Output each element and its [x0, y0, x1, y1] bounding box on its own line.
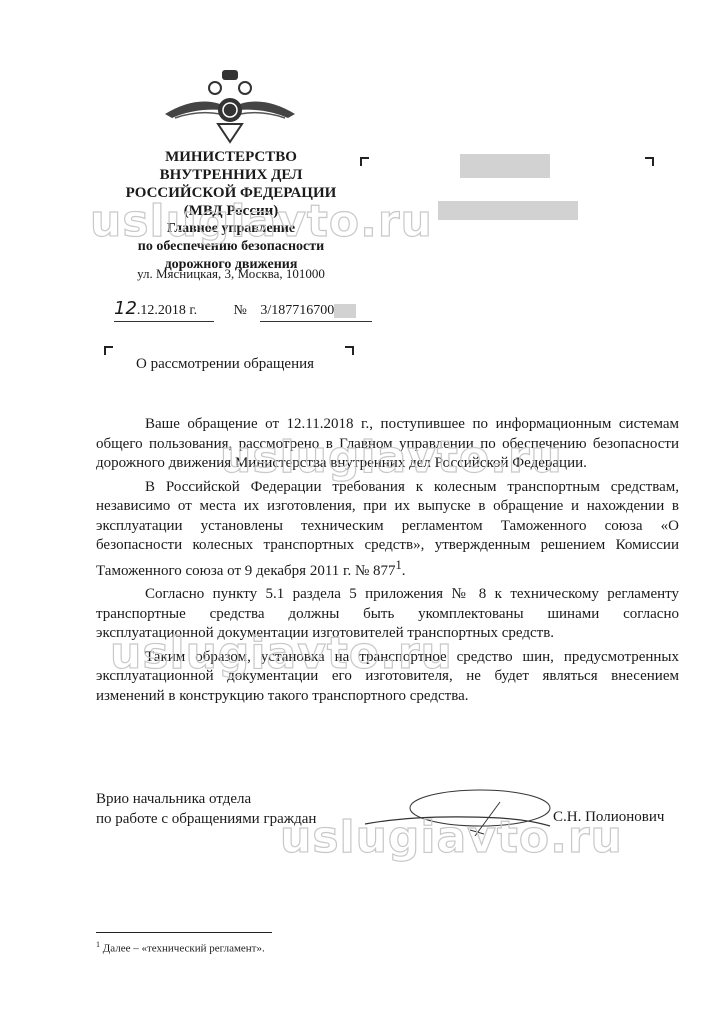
dept-line: по обеспечению безопасности	[96, 238, 366, 256]
handwritten-signature-icon	[360, 786, 560, 846]
corner-mark	[360, 157, 369, 166]
subject-line: О рассмотрении обращения	[136, 356, 314, 373]
letter-body: Ваше обращение от 12.11.2018 г., поступи…	[96, 415, 679, 710]
registration-number: 3/187716700	[260, 303, 334, 318]
corner-mark	[104, 346, 113, 355]
footnote-divider	[96, 932, 272, 933]
footnote: 1 Далее – «технический регламент».	[96, 940, 265, 955]
period: .	[402, 563, 406, 579]
signatory-name: С.Н. Полионович	[553, 809, 664, 826]
title-line: по работе с обращениями граждан	[96, 809, 316, 829]
paragraph-text: В Российской Федерации требования к коле…	[96, 479, 679, 579]
address: ул. Мясницкая, 3, Москва, 101000	[96, 266, 366, 282]
title-line: Врио начальника отдела	[96, 789, 316, 809]
corner-mark	[645, 157, 654, 166]
handwritten-day: 12	[114, 298, 137, 319]
signatory-title: Врио начальника отдела по работе с обращ…	[96, 789, 316, 829]
redacted-block	[334, 304, 356, 318]
org-line: МИНИСТЕРСТВО	[96, 148, 366, 166]
paragraph: Согласно пункту 5.1 раздела 5 приложения…	[96, 585, 679, 644]
org-line: РОССИЙСКОЙ ФЕДЕРАЦИИ	[96, 184, 366, 202]
paragraph: Ваше обращение от 12.11.2018 г., поступи…	[96, 415, 679, 474]
footnote-text: Далее – «технический регламент».	[103, 943, 265, 955]
corner-mark	[345, 346, 354, 355]
double-headed-eagle-emblem-icon	[160, 66, 300, 146]
recipient-redacted-address	[438, 201, 578, 220]
org-line: (МВД России)	[96, 202, 366, 220]
paragraph: Таким образом, установка на транспортное…	[96, 648, 679, 707]
number-sign: №	[234, 303, 247, 318]
org-line: ВНУТРЕННИХ ДЕЛ	[96, 166, 366, 184]
date-text: .12.2018 г.	[137, 303, 197, 318]
paragraph: В Российской Федерации требования к коле…	[96, 478, 679, 582]
date-field: 12.12.2018 г.	[114, 298, 214, 322]
ministry-name: МИНИСТЕРСТВО ВНУТРЕННИХ ДЕЛ РОССИЙСКОЙ Ф…	[96, 148, 366, 274]
dept-line: Главное управление	[96, 220, 366, 238]
recipient-redacted-name	[460, 154, 550, 178]
number-field: 3/187716700	[260, 303, 372, 322]
registration-line: 12.12.2018 г. № 3/187716700	[114, 298, 372, 322]
footnote-marker: 1	[96, 940, 100, 949]
